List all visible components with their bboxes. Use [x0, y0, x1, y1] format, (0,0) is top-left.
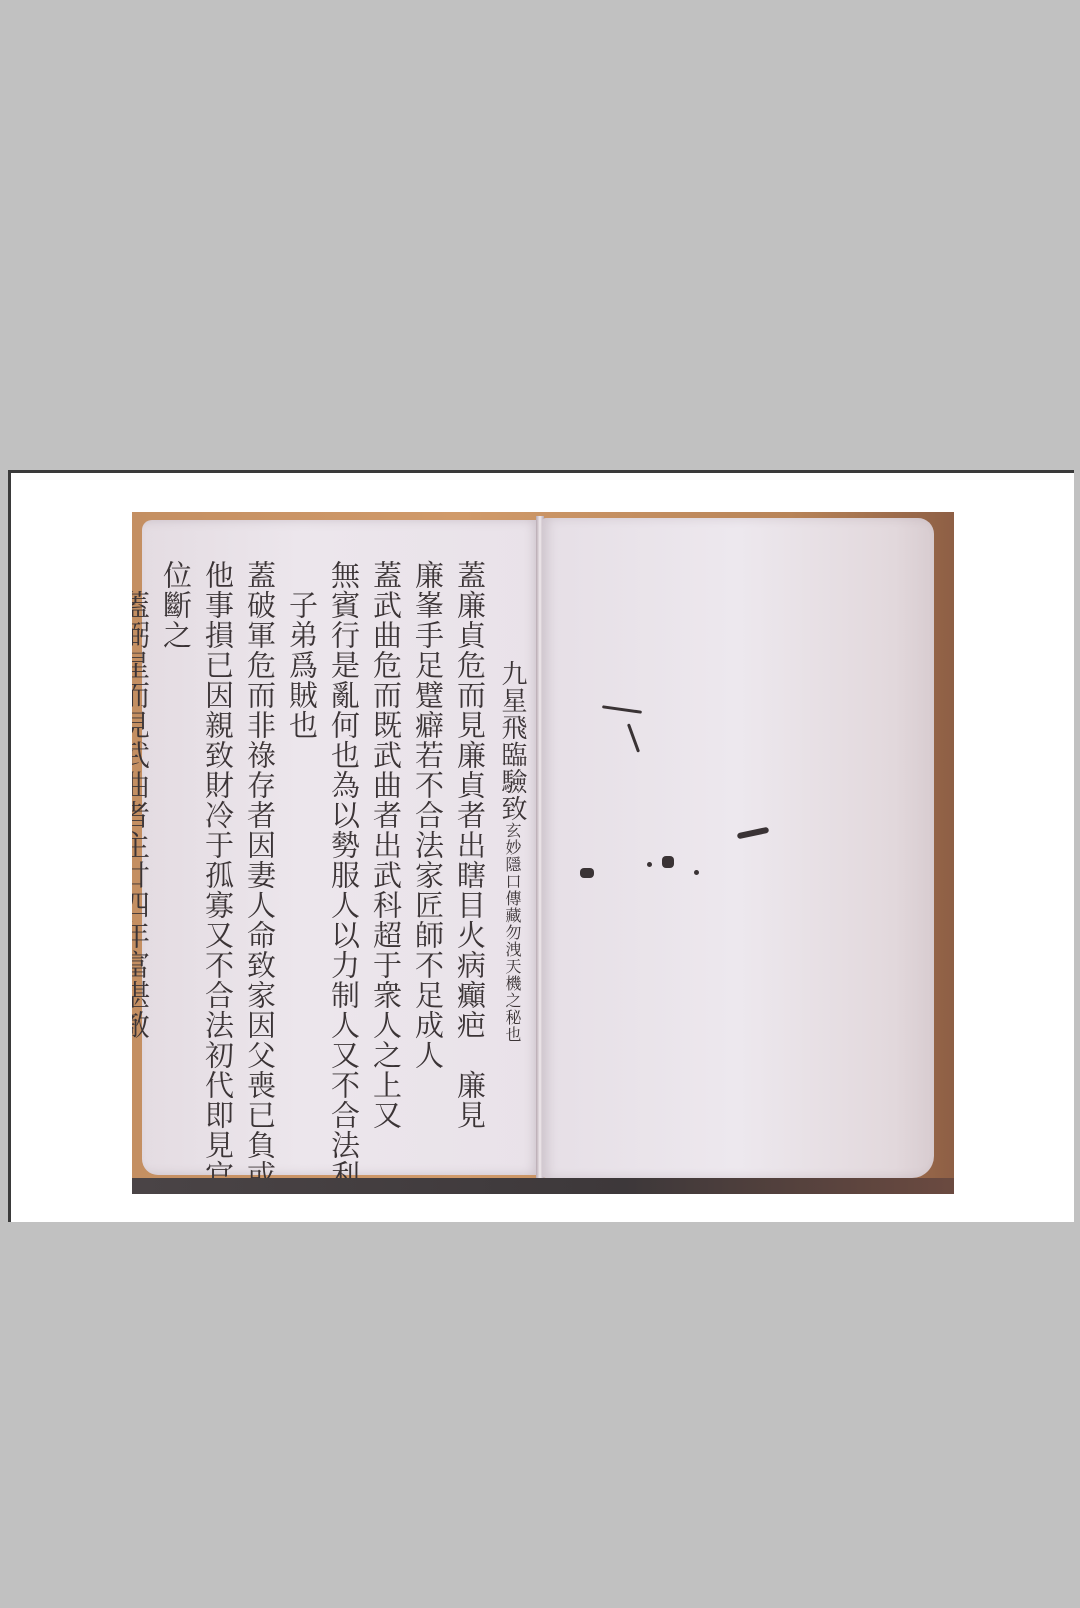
text-column-title: 九星飛臨驗致玄妙隱口傳藏勿洩天機之秘也 — [494, 560, 530, 1160]
ink-mark — [602, 705, 642, 714]
ink-mark — [647, 862, 652, 867]
text-column: 位斷之 — [158, 560, 194, 1160]
right-page — [542, 518, 934, 1178]
text-column: 他事損已因親致財冷于孤寡又不合法初代即見官公 — [200, 560, 236, 1160]
ink-mark — [580, 868, 594, 878]
left-page: 九星飛臨驗致玄妙隱口傳藏勿洩天機之秘也 蓋廉貞危而見廉貞者出瞎目火病癲疤 廉見 … — [142, 520, 540, 1175]
text-column: 蓋破軍危而非祿存者因妻人命致家因父喪已負或 — [242, 560, 278, 1160]
vertical-text-block: 九星飛臨驗致玄妙隱口傳藏勿洩天機之秘也 蓋廉貞危而見廉貞者出瞎目火病癲疤 廉見 … — [132, 560, 530, 1160]
text-column: 蓋弼星而見武曲者主廿四年富堪敵 — [132, 560, 152, 1160]
text-column: 蓋廉貞危而見廉貞者出瞎目火病癲疤 廉見 — [452, 560, 488, 1160]
ink-mark — [627, 723, 640, 752]
ink-mark — [694, 870, 699, 875]
manuscript-photo: 九星飛臨驗致玄妙隱口傳藏勿洩天機之秘也 蓋廉貞危而見廉貞者出瞎目火病癲疤 廉見 … — [132, 512, 954, 1194]
text-column: 子弟爲賊也 — [284, 560, 320, 1160]
text-column: 廉峯手足躄癖若不合法家匠師不足成人 — [410, 560, 446, 1160]
ink-mark — [662, 856, 674, 868]
text-column: 蓋武曲危而既武曲者出武科超于衆人之上又 — [368, 560, 404, 1160]
title-note: 玄妙隱口傳藏勿洩天機之秘也 — [503, 822, 522, 1043]
text-column: 無賓行是亂何也為以勢服人以力制人又不合法利 — [326, 560, 362, 1160]
ink-mark — [737, 827, 770, 840]
scanned-sheet: 九星飛臨驗致玄妙隱口傳藏勿洩天機之秘也 蓋廉貞危而見廉貞者出瞎目火病癲疤 廉見 … — [8, 470, 1074, 1222]
